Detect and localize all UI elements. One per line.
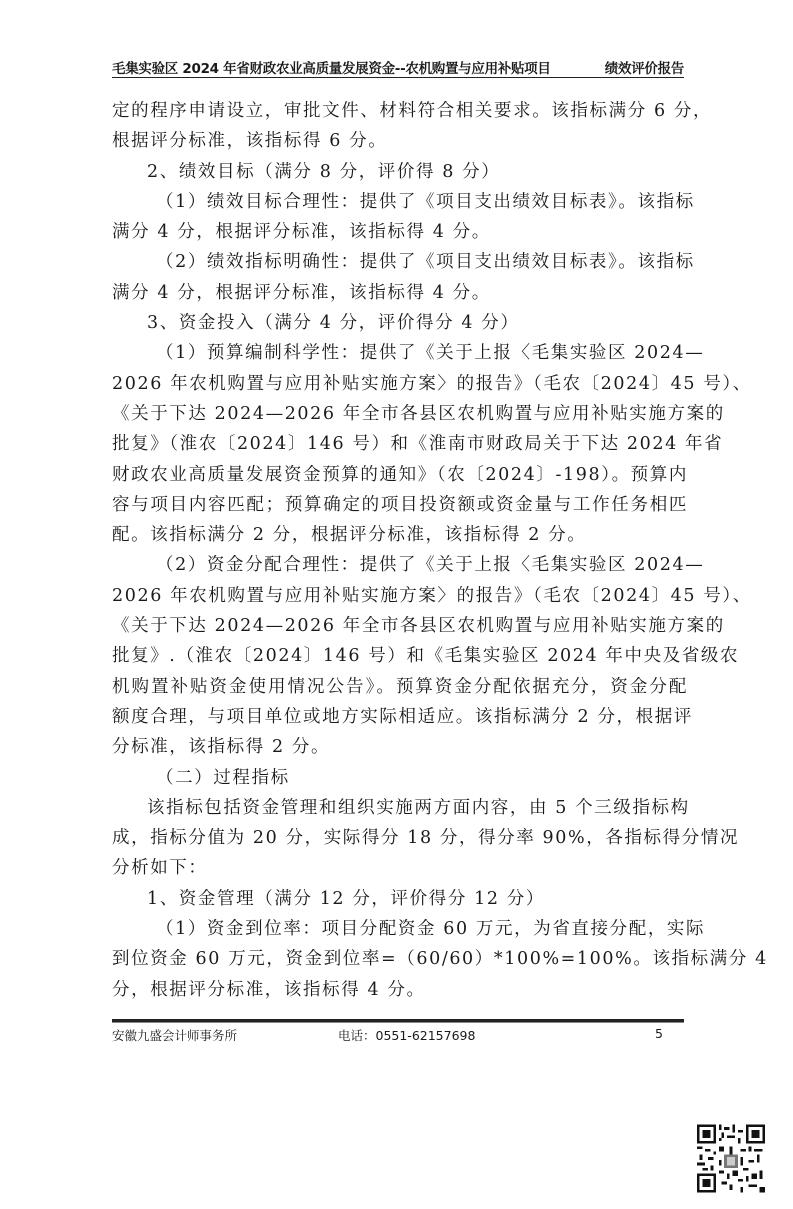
header-report-type: 绩效评价报告 bbox=[605, 57, 684, 77]
text-line: 满分 4 分，根据评分标准，该指标得 4 分。 bbox=[112, 217, 688, 247]
footer-firm-name: 安徽九盛会计师事务所 bbox=[112, 1026, 237, 1044]
text-line: （2）资金分配合理性：提供了《关于上报〈毛集实验区 2024— bbox=[112, 550, 688, 580]
text-line: 2026 年农机购置与应用补贴实施方案〉的报告》（毛农〔2024〕45 号）、 bbox=[112, 581, 688, 611]
text-line: 容与项目内容匹配；预算确定的项目投资额或资金量与工作任务相匹 bbox=[112, 490, 688, 520]
page-footer: 安徽九盛会计师事务所 电话：0551-62157698 5 bbox=[112, 1026, 684, 1044]
text-line: （2）绩效指标明确性：提供了《项目支出绩效目标表》。该指标 bbox=[112, 247, 688, 277]
text-line: （1）绩效目标合理性：提供了《项目支出绩效目标表》。该指标 bbox=[112, 187, 688, 217]
text-line: 该指标包括资金管理和组织实施两方面内容，由 5 个三级指标构 bbox=[112, 793, 688, 823]
text-line: 根据评分标准，该指标得 6 分。 bbox=[112, 126, 688, 156]
text-line: （二）过程指标 bbox=[112, 763, 688, 793]
text-line: 成，指标分值为 20 分，实际得分 18 分，得分率 90%，各指标得分情况 bbox=[112, 823, 688, 853]
text-line: 3、资金投入（满分 4 分，评价得分 4 分） bbox=[112, 308, 688, 338]
text-line: 定的程序申请设立，审批文件、材料符合相关要求。该指标满分 6 分， bbox=[112, 96, 688, 126]
text-line: 额度合理，与项目单位或地方实际相适应。该指标满分 2 分，根据评 bbox=[112, 702, 688, 732]
text-line: 到位资金 60 万元，资金到位率=（60/60）*100%=100%。该指标满分… bbox=[112, 944, 688, 974]
text-line: 分，根据评分标准，该指标得 4 分。 bbox=[112, 975, 688, 1005]
text-line: 1、资金管理（满分 12 分，评价得分 12 分） bbox=[112, 884, 688, 914]
text-line: 《关于下达 2024—2026 年全市各县区农机购置与应用补贴实施方案的 bbox=[112, 611, 688, 641]
text-line: 批复》.（淮农〔2024〕146 号）和《毛集实验区 2024 年中央及省级农 bbox=[112, 641, 688, 671]
header-title: 毛集实验区 2024 年省财政农业高质量发展资金--农机购置与应用补贴项目 bbox=[112, 57, 551, 77]
qr-code-icon bbox=[697, 1124, 765, 1193]
text-line: 机购置补贴资金使用情况公告》。预算资金分配依据充分，资金分配 bbox=[112, 672, 688, 702]
text-line: （1）资金到位率：项目分配资金 60 万元，为省直接分配，实际 bbox=[112, 914, 688, 944]
text-line: 2、绩效目标（满分 8 分，评价得 8 分） bbox=[112, 157, 688, 187]
page-header: 毛集实验区 2024 年省财政农业高质量发展资金--农机购置与应用补贴项目 绩效… bbox=[112, 57, 684, 78]
page-number: 5 bbox=[655, 1026, 663, 1041]
text-line: 批复》（淮农〔2024〕146 号）和《淮南市财政局关于下达 2024 年省 bbox=[112, 429, 688, 459]
text-line: 2026 年农机购置与应用补贴实施方案〉的报告》（毛农〔2024〕45 号）、 bbox=[112, 369, 688, 399]
text-line: 配。该指标满分 2 分，根据评分标准，该指标得 2 分。 bbox=[112, 520, 688, 550]
text-line: 分标准，该指标得 2 分。 bbox=[112, 732, 688, 762]
text-line: 分析如下： bbox=[112, 853, 688, 883]
text-line: 满分 4 分，根据评分标准，该指标得 4 分。 bbox=[112, 278, 688, 308]
text-line: 财政农业高质量发展资金预算的通知》（农〔2024〕-198）。预算内 bbox=[112, 460, 688, 490]
footer-phone: 电话：0551-62157698 bbox=[338, 1026, 475, 1044]
text-line: （1）预算编制科学性：提供了《关于上报〈毛集实验区 2024— bbox=[112, 338, 688, 368]
document-body: 定的程序申请设立，审批文件、材料符合相关要求。该指标满分 6 分，根据评分标准，… bbox=[112, 96, 688, 1005]
text-line: 《关于下达 2024—2026 年全市各县区农机购置与应用补贴实施方案的 bbox=[112, 399, 688, 429]
footer-divider bbox=[112, 1019, 684, 1023]
